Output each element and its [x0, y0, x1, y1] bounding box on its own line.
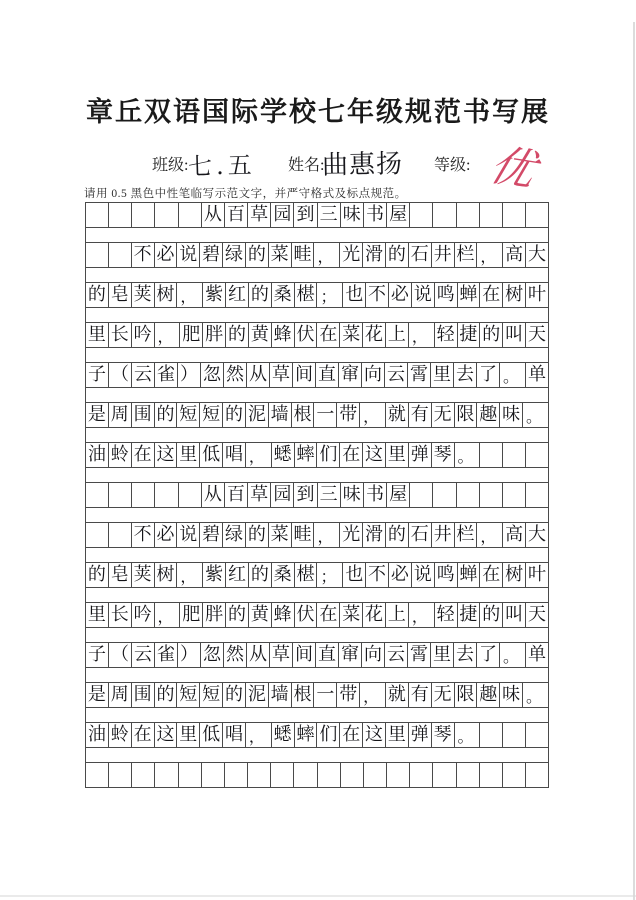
grid-cell-empty — [480, 443, 503, 467]
grid-cell: 。 — [455, 723, 481, 747]
grid-cell: 椹 — [295, 563, 318, 587]
grid-cell: 碧 — [200, 243, 223, 267]
grid-cell: 石 — [409, 243, 432, 267]
grid-cell: （ — [109, 643, 132, 667]
grid-cell-empty — [271, 763, 294, 787]
grid-cell: 长 — [109, 323, 132, 347]
grid-cell-empty — [433, 763, 456, 787]
grid-cell: 轻 — [435, 603, 458, 627]
grid-cell: 蛉 — [109, 443, 132, 467]
grid-cell: 红 — [226, 563, 249, 587]
grid-cell: 不 — [132, 523, 155, 547]
grid-cell: ， — [314, 243, 340, 267]
grid-cell: 单 — [526, 643, 548, 667]
grid-cell: 滑 — [363, 523, 386, 547]
grid-cell: 草 — [248, 203, 271, 227]
grid-cell: 子 — [86, 363, 109, 387]
grid-cell-empty — [109, 243, 132, 267]
grid-cell: 里 — [431, 643, 454, 667]
grid-cell: 百 — [225, 483, 248, 507]
grid-cell: 的 — [155, 403, 178, 427]
grid-cell: 必 — [155, 243, 178, 267]
grid-cell: 皂 — [109, 563, 132, 587]
grid-cell-empty — [109, 523, 132, 547]
grid-cell: 栏 — [455, 243, 478, 267]
grid-row: 油蛉在这里低唱，蟋蟀们在这里弹琴。 — [86, 722, 548, 748]
grid-cell-empty — [480, 763, 503, 787]
grid-cell: 到 — [294, 203, 317, 227]
grid-cell: 间 — [293, 643, 316, 667]
grid-row: 的皂荚树，紫红的桑椹；也不必说鸣蝉在树叶 — [86, 282, 548, 308]
grid-cell: 三 — [318, 483, 341, 507]
grid-cell-empty — [526, 203, 548, 227]
grid-cell: 唱 — [223, 723, 246, 747]
grid-cell-empty — [503, 483, 526, 507]
grid-cell-empty — [526, 763, 548, 787]
grid-cell: 弹 — [409, 723, 432, 747]
grid-cell: ） — [178, 643, 201, 667]
grid-cell: 伏 — [295, 323, 318, 347]
grid-cell-empty — [109, 763, 132, 787]
grid-cell: 三 — [318, 203, 341, 227]
grid-cell: 黄 — [249, 603, 272, 627]
grid-cell: 草 — [248, 483, 271, 507]
grid-cell: 滑 — [363, 243, 386, 267]
grid-cell-empty — [503, 763, 526, 787]
grid-cell-empty — [503, 203, 526, 227]
grid-cell-empty — [225, 763, 248, 787]
grid-cell: 琴 — [432, 443, 455, 467]
grid-cell: 泥 — [246, 683, 269, 707]
grid-cell: ， — [360, 403, 386, 427]
grid-cell: 桑 — [272, 283, 295, 307]
grid-cell: 叫 — [503, 603, 526, 627]
grid-cell: 去 — [454, 643, 477, 667]
scanned-handwriting-sheet: 章丘双语国际学校七年级规范书写展 班级: 七.五 姓名: 曲惠扬 等级: 优 请… — [0, 0, 636, 900]
grid-cell: 皂 — [109, 283, 132, 307]
grid-cell: ； — [317, 283, 343, 307]
grid-cell: 里 — [177, 443, 200, 467]
grid-cell-empty — [457, 203, 480, 227]
grid-cell: 菜 — [340, 323, 363, 347]
grid-cell: 蟋 — [272, 723, 295, 747]
grid-cell: 们 — [317, 443, 340, 467]
grid-cell: 云 — [385, 643, 408, 667]
grid-cell-empty — [433, 203, 456, 227]
grade-label: 等级: — [434, 152, 470, 175]
grid-cell: 畦 — [292, 523, 315, 547]
grid-cell-empty — [86, 523, 109, 547]
grid-cell: 里 — [177, 723, 200, 747]
grid-cell: 说 — [177, 523, 200, 547]
grid-cell: 趣 — [477, 683, 500, 707]
grid-cell: 捷 — [458, 603, 481, 627]
grid-cell: 从 — [202, 483, 225, 507]
grid-cell: ， — [177, 563, 203, 587]
grid-cell: 蟀 — [295, 443, 318, 467]
grid-cell: ， — [360, 683, 386, 707]
grid-cell-empty — [86, 243, 109, 267]
grid-cell-empty — [86, 763, 109, 787]
grid-cell: 紫 — [203, 563, 226, 587]
grid-cell: 百 — [225, 203, 248, 227]
grid-cell: 的 — [155, 683, 178, 707]
grid-cell: 的 — [249, 563, 272, 587]
grid-cell: 畦 — [292, 243, 315, 267]
grid-cell: ， — [177, 283, 203, 307]
grid-cell-empty — [132, 203, 155, 227]
grid-cell: ， — [409, 603, 435, 627]
grid-cell: 紫 — [203, 283, 226, 307]
grid-cell: 趣 — [477, 403, 500, 427]
grid-cell: 了 — [477, 643, 500, 667]
grid-cell: 绿 — [223, 523, 246, 547]
grid-cell: 上 — [386, 603, 409, 627]
name-value-handwritten: 曲惠扬 — [322, 143, 404, 181]
grid-cell-empty — [202, 763, 225, 787]
grid-cell: ， — [477, 243, 503, 267]
grid-cell: 里 — [86, 603, 109, 627]
grid-cell: 蝉 — [458, 563, 481, 587]
class-value-handwritten: 七.五 — [188, 145, 257, 182]
grid-row: 的皂荚树，紫红的桑椹；也不必说鸣蝉在树叶 — [86, 562, 548, 588]
grid-cell: ， — [246, 443, 272, 467]
grid-cell: 的 — [86, 563, 109, 587]
grid-cell: 蝉 — [458, 283, 481, 307]
grid-cell: 直 — [316, 643, 339, 667]
grid-cell: 围 — [132, 403, 155, 427]
grid-cell: 在 — [317, 603, 340, 627]
grid-cell: 的 — [223, 403, 246, 427]
grid-row: 里长吟，肥胖的黄蜂伏在菜花上，轻捷的叫天 — [86, 602, 548, 628]
grid-cell: 在 — [340, 443, 363, 467]
scan-edge-artifact-bottom — [0, 895, 636, 897]
grid-cell: 带 — [337, 683, 360, 707]
grid-cell-empty — [526, 483, 548, 507]
grid-cell: 一 — [314, 403, 337, 427]
grid-cell: 鸣 — [435, 283, 458, 307]
grid-cell: 就 — [386, 403, 409, 427]
grid-cell-empty — [387, 763, 410, 787]
grid-cell: 的 — [246, 523, 269, 547]
grid-cell: 霄 — [408, 643, 431, 667]
grid-cell: 云 — [385, 363, 408, 387]
grid-cell: 肥 — [180, 323, 203, 347]
scan-edge-artifact-right — [633, 22, 635, 900]
grid-cell: 墙 — [269, 683, 292, 707]
grid-cell: 不 — [366, 563, 389, 587]
grid-cell: 井 — [432, 243, 455, 267]
grid-cell-empty — [341, 763, 364, 787]
grid-cell: 绿 — [223, 243, 246, 267]
grid-cell: 这 — [363, 723, 386, 747]
grid-cell-empty — [503, 443, 526, 467]
instruction-note: 请用 0.5 黑色中性笔临写示范文字，并严守格式及标点规范。 — [84, 185, 407, 201]
grid-cell: 蜂 — [272, 603, 295, 627]
grid-cell: 根 — [292, 683, 315, 707]
grid-cell-empty — [480, 723, 503, 747]
grid-cell: ， — [409, 323, 435, 347]
grid-cell: 叶 — [526, 563, 548, 587]
grid-cell: ； — [317, 563, 343, 587]
grid-cell: ） — [178, 363, 201, 387]
grid-row: 从百草园到三味书屋 — [86, 482, 548, 508]
grid-cell: 高 — [503, 523, 526, 547]
grid-cell: 胖 — [203, 323, 226, 347]
grid-cell: 荚 — [132, 563, 155, 587]
grid-cell: 间 — [293, 363, 316, 387]
grid-cell: 弹 — [409, 443, 432, 467]
grid-cell-empty — [132, 483, 155, 507]
grid-cell: 也 — [343, 283, 366, 307]
grid-cell: 吟 — [132, 603, 155, 627]
grid-cell: 屋 — [387, 203, 410, 227]
grid-cell: 有 — [409, 683, 432, 707]
grid-cell-empty — [457, 763, 480, 787]
grid-cell: 捷 — [458, 323, 481, 347]
grid-cell: 肥 — [180, 603, 203, 627]
grid-row: 油蛉在这里低唱，蟋蟀们在这里弹琴。 — [86, 442, 548, 468]
grid-cell-empty — [410, 203, 433, 227]
grid-cell: 说 — [177, 243, 200, 267]
grid-cell: 天 — [526, 323, 548, 347]
grid-cell: 树 — [503, 563, 526, 587]
grid-cell-empty — [248, 763, 271, 787]
grid-cell: 限 — [455, 403, 478, 427]
grid-cell: 碧 — [200, 523, 223, 547]
grid-cell: 必 — [155, 523, 178, 547]
grid-cell: 在 — [340, 723, 363, 747]
grid-cell: 低 — [200, 723, 223, 747]
grid-cell: 的 — [249, 283, 272, 307]
grid-cell: 桑 — [272, 563, 295, 587]
info-row: 班级: 七.五 姓名: 曲惠扬 等级: 优 — [0, 140, 636, 188]
grid-cell: 树 — [155, 563, 178, 587]
grid-cell: 有 — [409, 403, 432, 427]
grid-cell: 在 — [132, 443, 155, 467]
grid-cell: 这 — [363, 443, 386, 467]
grid-cell: 椹 — [295, 283, 318, 307]
grid-cell: 胖 — [203, 603, 226, 627]
grid-cell: 上 — [386, 323, 409, 347]
grid-cell-empty — [132, 763, 155, 787]
grid-cell: 菜 — [269, 523, 292, 547]
grid-cell-empty — [155, 203, 178, 227]
grid-cell: 是 — [86, 403, 109, 427]
grade-value-red-handwritten: 优 — [483, 130, 545, 199]
grid-cell: 菜 — [340, 603, 363, 627]
grid-cell: 的 — [86, 283, 109, 307]
grid-cell: 向 — [362, 643, 385, 667]
grid-row: 子（云雀）忽然从草间直窜向云霄里去了。单 — [86, 642, 548, 668]
grid-cell: 向 — [362, 363, 385, 387]
grid-cell: 。 — [523, 403, 548, 427]
grid-cell: 也 — [343, 563, 366, 587]
grid-row: 子（云雀）忽然从草间直窜向云霄里去了。单 — [86, 362, 548, 388]
grid-cell: 周 — [109, 683, 132, 707]
grid-cell: 这 — [155, 443, 178, 467]
grid-cell-empty — [179, 763, 202, 787]
grid-cell: 味 — [341, 483, 364, 507]
grid-cell: 吟 — [132, 323, 155, 347]
writing-grid: 从百草园到三味书屋不必说碧绿的菜畦，光滑的石井栏，高大的皂荚树，紫红的桑椹；也不… — [85, 202, 549, 788]
grid-cell-empty — [179, 483, 202, 507]
grid-cell: 短 — [200, 683, 223, 707]
grid-cell: 。 — [455, 443, 481, 467]
grid-cell-empty — [109, 203, 132, 227]
grid-cell-empty — [318, 763, 341, 787]
grid-cell: 唱 — [223, 443, 246, 467]
grid-cell: 霄 — [408, 363, 431, 387]
grid-cell: 的 — [226, 323, 249, 347]
grid-cell: 。 — [500, 643, 526, 667]
grid-cell-empty — [457, 483, 480, 507]
grid-cell: 。 — [500, 363, 526, 387]
grid-cell: 必 — [389, 283, 412, 307]
grid-cell: 油 — [86, 443, 109, 467]
grid-cell: 然 — [224, 363, 247, 387]
grid-cell: ， — [477, 523, 503, 547]
grid-cell: 味 — [500, 403, 523, 427]
grid-cell: 短 — [177, 683, 200, 707]
grid-cell: 伏 — [295, 603, 318, 627]
grid-cell: 短 — [177, 403, 200, 427]
grid-cell: 围 — [132, 683, 155, 707]
grid-cell: 味 — [500, 683, 523, 707]
grid-cell: 窜 — [339, 643, 362, 667]
grid-cell: ， — [314, 523, 340, 547]
grid-cell: 必 — [389, 563, 412, 587]
grid-cell: 在 — [132, 723, 155, 747]
grid-cell: 是 — [86, 683, 109, 707]
grid-cell: 窜 — [339, 363, 362, 387]
grid-row: 里长吟，肥胖的黄蜂伏在菜花上，轻捷的叫天 — [86, 322, 548, 348]
grid-cell: 的 — [223, 683, 246, 707]
grid-cell: 的 — [226, 603, 249, 627]
grid-cell: 泥 — [246, 403, 269, 427]
grid-cell: 在 — [480, 283, 503, 307]
grid-cell-empty — [86, 483, 109, 507]
grid-row: 是周围的短短的泥墙根一带，就有无限趣味。 — [86, 402, 548, 428]
grid-cell: 从 — [247, 363, 270, 387]
grid-cell: 书 — [364, 203, 387, 227]
grid-cell: 带 — [337, 403, 360, 427]
grid-cell: 的 — [386, 243, 409, 267]
grid-cell: 的 — [480, 323, 503, 347]
grid-row: 从百草园到三味书屋 — [86, 202, 548, 228]
grid-cell-empty — [433, 483, 456, 507]
grid-cell: 大 — [526, 523, 548, 547]
grid-cell: 低 — [200, 443, 223, 467]
grid-cell: 菜 — [269, 243, 292, 267]
grid-cell: 们 — [317, 723, 340, 747]
grid-cell: 大 — [526, 243, 548, 267]
grid-cell: 花 — [363, 603, 386, 627]
grid-cell: 雀 — [155, 363, 178, 387]
grid-cell-empty — [155, 483, 178, 507]
grid-cell: 里 — [386, 443, 409, 467]
grid-cell: 就 — [386, 683, 409, 707]
grid-cell: 。 — [523, 683, 548, 707]
grid-cell: 不 — [132, 243, 155, 267]
grid-cell: ， — [155, 323, 181, 347]
grid-cell: 到 — [294, 483, 317, 507]
grid-cell: 高 — [503, 243, 526, 267]
grid-cell: 忽 — [201, 363, 224, 387]
grid-cell: 限 — [455, 683, 478, 707]
grid-cell: 忽 — [201, 643, 224, 667]
grid-cell: 了 — [477, 363, 500, 387]
grid-cell: 里 — [431, 363, 454, 387]
grid-cell: 去 — [454, 363, 477, 387]
class-label: 班级: — [152, 152, 188, 175]
grid-cell: 蛉 — [109, 723, 132, 747]
grid-cell: 不 — [366, 283, 389, 307]
grid-cell: ， — [155, 603, 181, 627]
grid-cell: 里 — [86, 323, 109, 347]
grid-row: 不必说碧绿的菜畦，光滑的石井栏，高大 — [86, 242, 548, 268]
grid-cell: 周 — [109, 403, 132, 427]
grid-cell: 在 — [317, 323, 340, 347]
grid-cell: 红 — [226, 283, 249, 307]
grid-cell: 然 — [224, 643, 247, 667]
grid-row — [86, 762, 548, 788]
grid-cell: 树 — [155, 283, 178, 307]
grid-cell: 直 — [316, 363, 339, 387]
grid-cell: 从 — [247, 643, 270, 667]
grid-cell: 屋 — [387, 483, 410, 507]
grid-row: 不必说碧绿的菜畦，光滑的石井栏，高大 — [86, 522, 548, 548]
grid-cell: 里 — [386, 723, 409, 747]
grid-cell: 这 — [155, 723, 178, 747]
grid-cell: 子 — [86, 643, 109, 667]
name-label: 姓名: — [288, 152, 324, 175]
grid-cell: 井 — [432, 523, 455, 547]
grid-cell-empty — [503, 723, 526, 747]
grid-cell-empty — [294, 763, 317, 787]
grid-cell: 说 — [412, 283, 435, 307]
grid-cell-empty — [179, 203, 202, 227]
grid-cell-empty — [480, 483, 503, 507]
grid-cell-empty — [155, 763, 178, 787]
grid-cell-empty — [109, 483, 132, 507]
grid-cell: 叫 — [503, 323, 526, 347]
grid-cell: 荚 — [132, 283, 155, 307]
grid-cell: 蜂 — [272, 323, 295, 347]
grid-cell: 书 — [364, 483, 387, 507]
grid-row: 是周围的短短的泥墙根一带，就有无限趣味。 — [86, 682, 548, 708]
grid-cell: （ — [109, 363, 132, 387]
grid-cell: 油 — [86, 723, 109, 747]
grid-cell: 的 — [246, 243, 269, 267]
grid-cell: 光 — [340, 523, 363, 547]
grid-cell: 味 — [341, 203, 364, 227]
grid-cell: 树 — [503, 283, 526, 307]
grid-cell: 墙 — [269, 403, 292, 427]
grid-cell: 的 — [386, 523, 409, 547]
grid-cell: 从 — [202, 203, 225, 227]
grid-cell-empty — [480, 203, 503, 227]
grid-cell: 根 — [292, 403, 315, 427]
grid-cell: 蟋 — [272, 443, 295, 467]
grid-cell: 草 — [270, 643, 293, 667]
grid-cell: 短 — [200, 403, 223, 427]
grid-cell: 单 — [526, 363, 548, 387]
grid-cell-empty — [86, 203, 109, 227]
grid-cell: 长 — [109, 603, 132, 627]
grid-cell: 鸣 — [435, 563, 458, 587]
sheet-title: 章丘双语国际学校七年级规范书写展 — [0, 90, 636, 129]
